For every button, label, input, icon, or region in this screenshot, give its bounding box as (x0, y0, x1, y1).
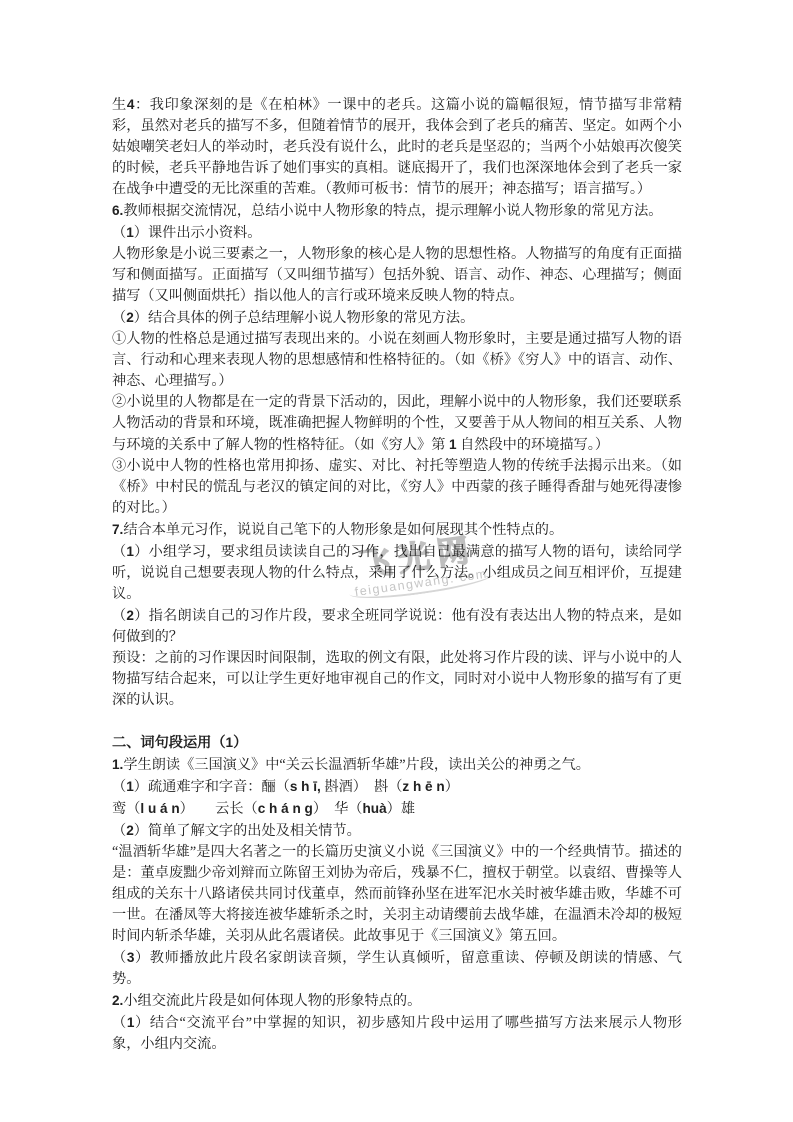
text-run: ）结合具体的例子总结理解小说人物形象的常见方法。 (134, 310, 475, 326)
text-run: ）简单了解文字的出处及相关情节。 (134, 823, 361, 839)
text-run: （ (112, 950, 127, 966)
paragraph: 6.教师根据交流情况，总结小说中人物形象的特点，提示理解小说人物形象的常见方法。 (112, 200, 682, 222)
text-run: 6. (112, 203, 123, 218)
blank-line (112, 711, 682, 732)
text-run: 1 (226, 735, 234, 750)
text-run: 预设：之前的习作课因时间限制，选取的例文有限，此处将习作片段的读、评与小说中的人… (112, 650, 682, 708)
text-run: 1 (126, 225, 134, 240)
paragraph: 生4：我印象深刻的是《在柏林》一课中的老兵。这篇小说的篇幅很短，情节描写非常精彩… (112, 94, 682, 200)
text-run: （ (112, 779, 126, 795)
text-run: 自然段中的环境描写。） (457, 437, 610, 453)
paragraph: 1.学生朗读《三国演义》中“关云长温酒斩华雄”片段，读出关公的神勇之气。 (112, 754, 682, 776)
text-run: ）课件出示小资料。 (134, 225, 262, 241)
text-run: （ (112, 823, 126, 839)
text-run: ：我印象深刻的是《在柏林》一课中的老兵。这篇小说的篇幅很短，情节描写非常精彩，虽… (112, 97, 682, 197)
text-run: 教师根据交流情况，总结小说中人物形象的特点，提示理解小说人物形象的常见方法。 (123, 203, 662, 219)
text-run: l u á n (140, 801, 179, 816)
text-run: ） (445, 779, 459, 795)
paragraph: “温酒斩华雄”是四大名著之一的长篇历史演义小说《三国演义》中的一个经典情节。描述… (112, 842, 682, 947)
paragraph: （1）小组学习，要求组员读读自己的习作，找出自己最满意的描写人物的语句，读给同学… (112, 541, 682, 605)
paragraph: （1）结合“交流平台”中掌握的知识，初步感知片段中运用了哪些描写方法来展示人物形… (112, 1012, 682, 1055)
text-run: 1 (126, 779, 134, 794)
text-run: ）疏通难字和字音：酾（ (134, 779, 290, 795)
document-content: 生4：我印象深刻的是《在柏林》一课中的老兵。这篇小说的篇幅很短，情节描写非常精彩… (112, 94, 682, 1055)
paragraph: 人物形象是小说三要素之一，人物形象的核心是人物的思想性格。人物描写的角度有正面描… (112, 244, 682, 307)
paragraph: （3）教师播放此片段名家朗读音频，学生认真倾听，留意重读、停顿及朗读的情感、气势… (112, 947, 682, 990)
text-run: 2 (126, 310, 134, 325)
text-run: ） (233, 735, 247, 751)
text-run: ③小说中人物的性格也常用抑扬、虚实、对比、衬托等塑造人物的传统手法揭示出来。（如… (112, 458, 682, 516)
paragraph: （2）简单了解文字的出处及相关情节。 (112, 820, 682, 842)
text-run: 7. (112, 522, 123, 537)
text-run: ①人物的性格总是通过描写表现出来的。小说在刻画人物形象时，主要是通过描写人物的语… (112, 331, 682, 389)
text-run: ）指名朗读自己的习作片段，要求全班同学说说：他有没有表达出人物的特点来，是如何做… (112, 608, 682, 645)
paragraph: （1）疏通难字和字音：酾（s h ī, 斟酒） 斟（z h ē n） (112, 776, 682, 798)
text-run: 人物形象是小说三要素之一，人物形象的核心是人物的思想性格。人物描写的角度有正面描… (112, 246, 682, 304)
paragraph: 预设：之前的习作课因时间限制，选取的例文有限，此处将习作片段的读、评与小说中的人… (112, 648, 682, 711)
paragraph: ②小说里的人物都是在一定的背景下活动的，因此，理解小说中的人物形象，我们还要联系… (112, 392, 682, 456)
text-run: 结合本单元习作，说说自己笔下的人物形象是如何展现其个性特点的。 (123, 522, 563, 538)
paragraph: ③小说中人物的性格也常用抑扬、虚实、对比、衬托等塑造人物的传统手法揭示出来。（如… (112, 456, 682, 519)
paragraph: （2）结合具体的例子总结理解小说人物形象的常见方法。 (112, 307, 682, 329)
text-run: z h ē n (402, 779, 444, 794)
text-run: （ (112, 225, 126, 241)
text-run: c h á n g (258, 801, 313, 816)
text-run: 1 (126, 544, 134, 559)
paragraph: 7.结合本单元习作，说说自己笔下的人物形象是如何展现其个性特点的。 (112, 519, 682, 541)
text-run: （ (112, 544, 126, 560)
text-run: ）教师播放此片段名家朗读音频，学生认真倾听，留意重读、停顿及朗读的情感、气势。 (112, 950, 682, 987)
text-run: 斟酒） 斟（ (321, 779, 403, 795)
text-run: 学生朗读《三国演义》中“关云长温酒斩华雄”片段，读出关公的神勇之气。 (123, 757, 590, 773)
text-run: ）结合“交流平台”中掌握的知识，初步感知片段中运用了哪些描写方法来展示人物形象，… (112, 1015, 682, 1052)
section-heading: 二、词句段运用（1） (112, 732, 682, 754)
text-run: “温酒斩华雄”是四大名著之一的长篇历史演义小说《三国演义》中的一个经典情节。描述… (112, 844, 682, 944)
paragraph: （2）指名朗读自己的习作片段，要求全班同学说说：他有没有表达出人物的特点来，是如… (112, 605, 682, 648)
text-run: ） 华（ (313, 801, 363, 817)
text-run: ）雄 (387, 801, 415, 817)
text-run: ）小组学习，要求组员读读自己的习作，找出自己最满意的描写人物的语句，读给同学听，… (112, 544, 682, 602)
text-run: 2. (112, 993, 123, 1008)
text-run: （ (112, 1015, 127, 1031)
text-run: 2 (126, 608, 134, 623)
text-run: huà (363, 801, 387, 816)
paragraph: 2.小组交流此片段是如何体现人物的形象特点的。 (112, 990, 682, 1012)
text-run: 二、词句段运用（ (112, 735, 226, 751)
text-run: （ (112, 310, 126, 326)
text-run: 2 (126, 823, 134, 838)
text-run: 1. (112, 757, 123, 772)
text-run: ） 云长（ (180, 801, 258, 817)
paragraph: （1）课件出示小资料。 (112, 222, 682, 244)
text-run: s h ī, (290, 779, 321, 794)
document-page: 飞光网 feiguangwang. com 生4：我印象深刻的是《在柏林》一课中… (0, 0, 793, 1122)
text-run: （ (112, 608, 126, 624)
text-run: 生 (112, 97, 127, 113)
text-run: 鸾（ (112, 801, 140, 817)
text-run: 小组交流此片段是如何体现人物的形象特点的。 (123, 993, 421, 1009)
paragraph: 鸾（l u á n） 云长（c h á n g） 华（huà）雄 (112, 798, 682, 820)
paragraph: ①人物的性格总是通过描写表现出来的。小说在刻画人物形象时，主要是通过描写人物的语… (112, 329, 682, 392)
text-run: 1 (449, 437, 457, 452)
